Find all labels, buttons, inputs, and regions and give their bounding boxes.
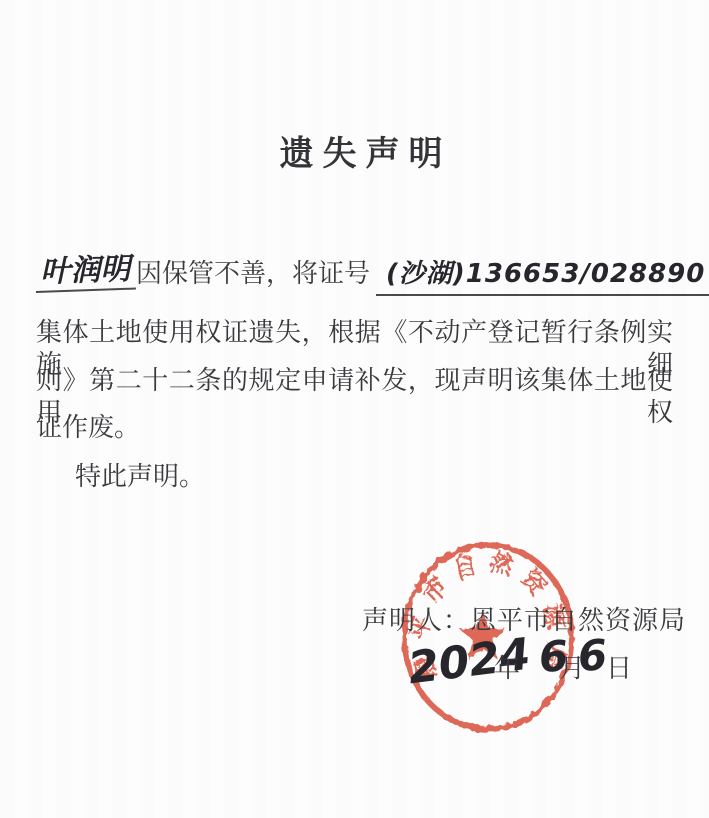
day-unit-label: 日: [606, 648, 632, 685]
scanned-document-page: 恩平市自然资源局 遗失声明 叶润明 因保管不善，将证号 (沙湖)136653/0…: [0, 0, 709, 818]
document-title: 遗失声明: [0, 126, 709, 175]
body-line-4: 证作废。: [36, 412, 140, 444]
line1-text: 因保管不善，将证号: [136, 258, 370, 290]
handwritten-certificate-number: (沙湖)136653/028890: [376, 258, 709, 296]
year-unit-label: 年: [494, 648, 520, 685]
handwritten-name: 叶润明: [35, 254, 136, 293]
closing-statement: 特此声明。: [75, 461, 205, 493]
handwritten-day: 6: [576, 630, 609, 681]
body-line-1: 叶润明 因保管不善，将证号 (沙湖)136653/028890 号: [36, 258, 709, 296]
